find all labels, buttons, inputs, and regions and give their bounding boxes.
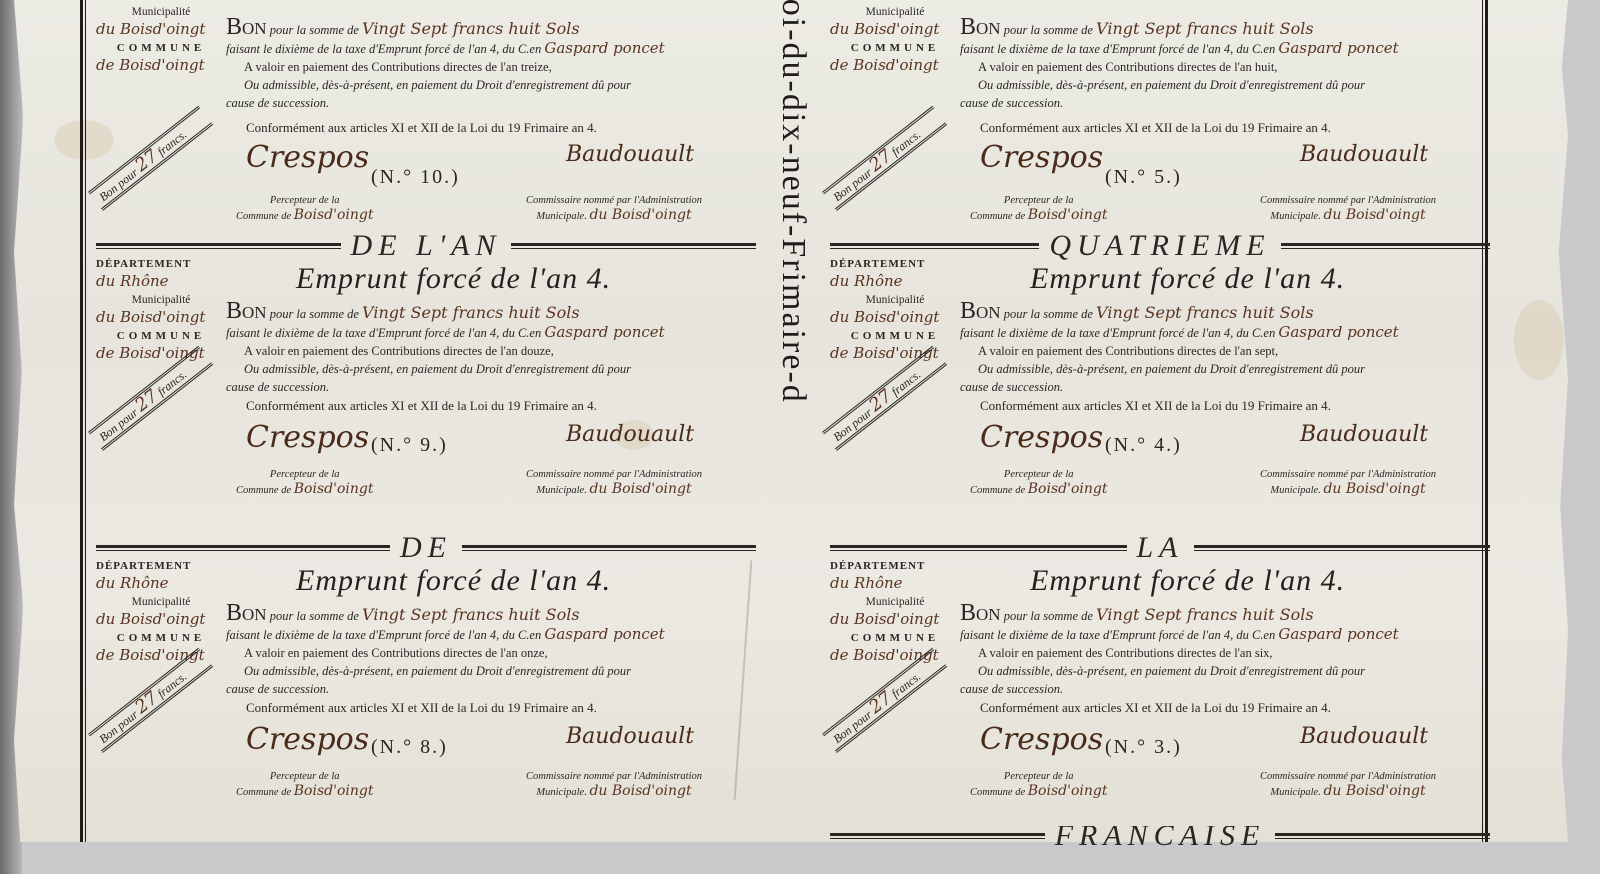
coupon-side-labels: DÉPARTEMENT du Rhône Municipalité du Boi… <box>96 258 226 362</box>
coupon-title: Emprunt forcé de l'an 4. <box>296 564 611 598</box>
coupon-no-3: LA DÉPARTEMENT du Rhône Municipalité du … <box>830 538 1490 833</box>
coupon-side-labels: DÉPARTEMENT du Rhône Municipalité du Boi… <box>96 560 226 664</box>
band-divider: DE L'AN <box>96 236 756 256</box>
coupon-body: Bon pour la somme de Vingt Sept francs h… <box>226 302 766 396</box>
coupon-no-9: DE L'AN DÉPARTEMENT du Rhône Municipalit… <box>96 236 756 531</box>
coupon-no-8: DE DÉPARTEMENT du Rhône Municipalité du … <box>96 538 756 833</box>
coupon-no-4: QUATRIEME DÉPARTEMENT du Rhône Municipal… <box>830 236 1490 531</box>
coupon-side-labels: DÉPARTEMENT du Rhône Municipalité du Boi… <box>830 560 960 664</box>
coupon-no-10: Municipalité du Boisd'oingt COMMUNE de B… <box>96 0 756 265</box>
band-divider: DE <box>96 538 756 558</box>
bon-pour-stamp: Bon pour 27 francs. <box>822 106 947 211</box>
coupon-body: Bon pour la somme de Vingt Sept francs h… <box>226 18 766 112</box>
bottom-band-partial: FRANCAISE <box>830 826 1490 846</box>
vertical-law-title: Loi-du-dix-neuf-Frimaire-d <box>768 0 818 842</box>
coupon-body: Bon pour la somme de Vingt Sept francs h… <box>226 604 766 698</box>
coupon-body: Bon pour la somme de Vingt Sept francs h… <box>960 302 1500 396</box>
coupon-title: Emprunt forcé de l'an 4. <box>1030 262 1345 296</box>
band-divider: QUATRIEME <box>830 236 1490 256</box>
coupon-no-5: Municipalité du Boisd'oingt COMMUNE de B… <box>830 0 1490 265</box>
coupon-side-labels: Municipalité du Boisd'oingt COMMUNE de B… <box>830 2 960 74</box>
coupon-title: Emprunt forcé de l'an 4. <box>296 262 611 296</box>
coupon-body: Bon pour la somme de Vingt Sept francs h… <box>960 604 1500 698</box>
bon-pour-stamp: Bon pour 27 francs. <box>88 106 213 211</box>
paper-stain <box>1514 300 1564 380</box>
coupon-title: Emprunt forcé de l'an 4. <box>1030 564 1345 598</box>
coupon-side-labels: DÉPARTEMENT du Rhône Municipalité du Boi… <box>830 258 960 362</box>
coupon-body: Bon pour la somme de Vingt Sept francs h… <box>960 18 1500 112</box>
band-divider: LA <box>830 538 1490 558</box>
coupon-side-labels: Municipalité du Boisd'oingt COMMUNE de B… <box>96 2 226 74</box>
frame-border-left <box>80 0 86 842</box>
